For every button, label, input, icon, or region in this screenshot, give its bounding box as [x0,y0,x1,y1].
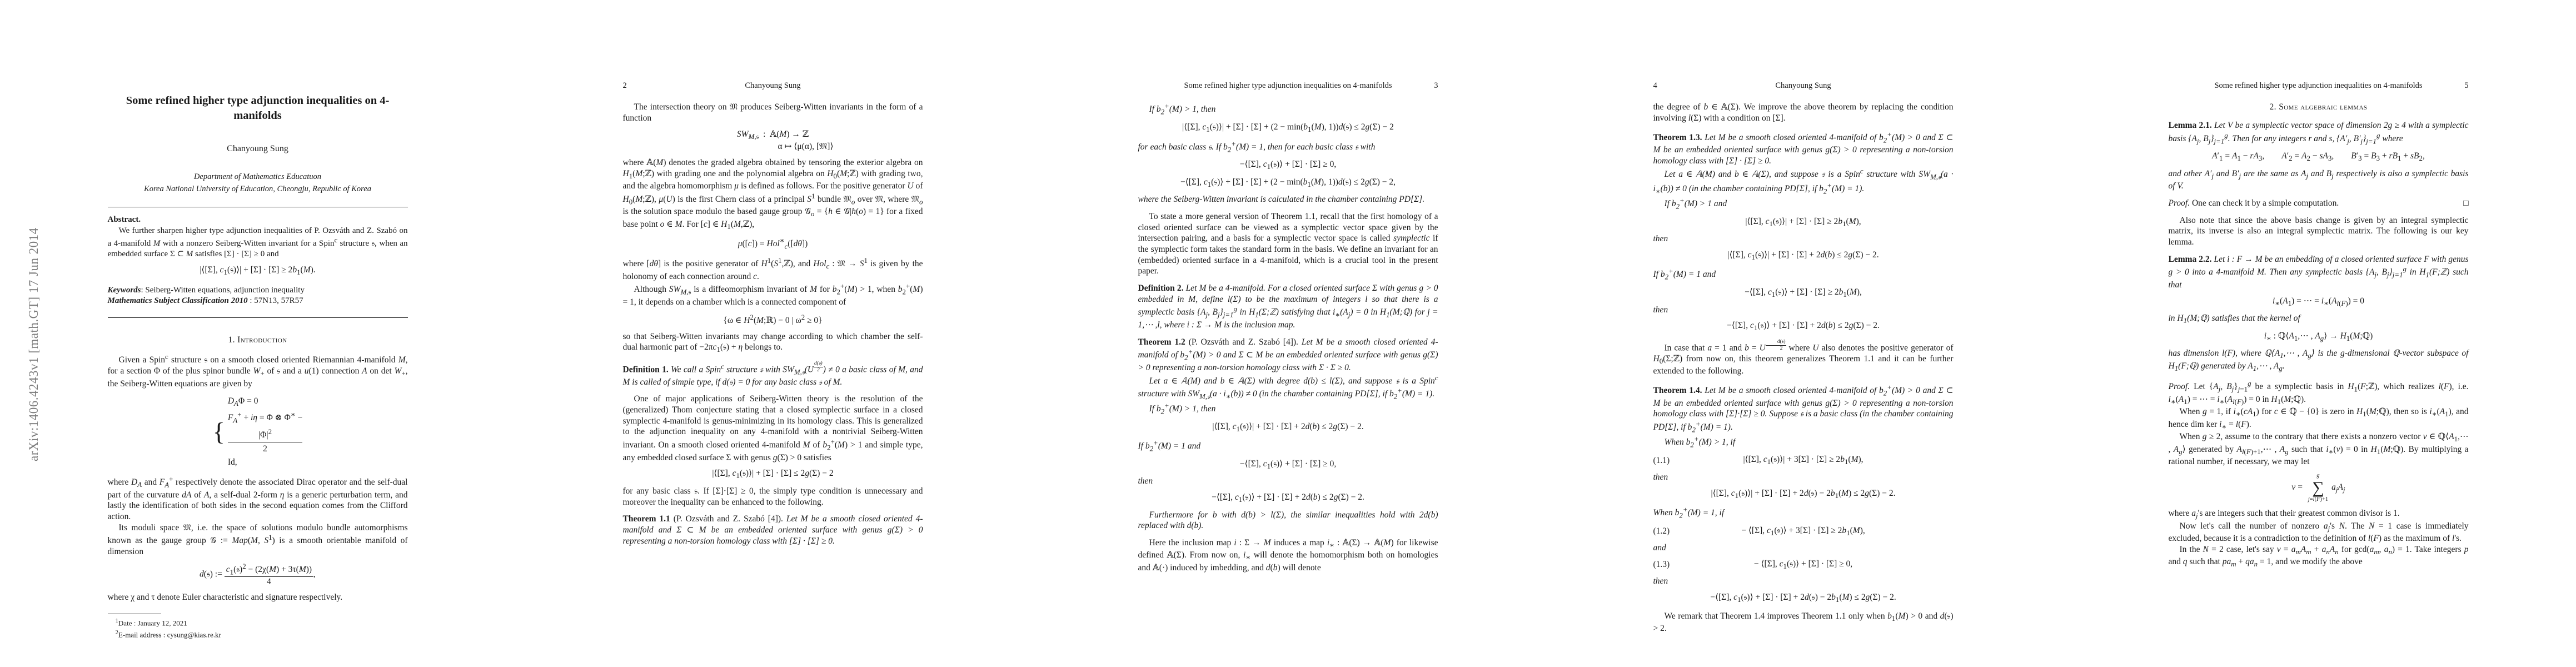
running-title: Some refined higher type adjunction ineq… [1184,81,1392,90]
page-4-column: 4 Chanyoung Sung the degree of b ∈ 𝔸(Σ).… [1653,81,1954,634]
affiliation: Department of Mathematics Educatuon Kore… [108,171,408,196]
paragraph-dirac: where DA and FA+ respectively denote the… [108,475,408,522]
theorem-1-1-continued: for each basic class 𝔰. If b2+(M) = 1, t… [1138,140,1438,155]
page-1: arXiv:1406.4243v1 [math.GT] 17 Jun 2014 … [0,0,515,667]
footnote-rule [108,614,161,614]
abstract-bottom-rule [108,317,408,318]
paragraph: where [dθ] is the positive generator of … [623,256,923,282]
sum-lhs: v = [2291,482,2304,492]
paper-title: Some refined higher type adjunction ineq… [108,0,408,123]
paragraph: Here the inclusion map i : Σ → M induces… [1138,537,1438,574]
paragraph: the degree of b ∈ 𝔸(Σ). We improve the a… [1653,102,1954,123]
paragraph: In case that a = 1 and b = Ud(𝔰)2 where … [1653,339,1954,377]
theorem-1-2: Theorem 1.2 (P. Ozsváth and Z. Szabó [4]… [1138,337,1438,374]
theorem-1-4-case: When b2+(M) > 1, if [1653,435,1954,450]
footnote-email: 2E-mail address : cysung@kias.re.kr [108,629,408,640]
paragraph-euler: where χ and τ denote Euler characteristi… [108,592,408,603]
paragraph: Although SWM,𝔰 is a diffeomorphism invar… [623,282,923,307]
lemma-2-2: Lemma 2.2. Let i : F → M be an embedding… [2169,254,2469,291]
proof-paragraph: where aj's are integers such that their … [2169,508,2469,521]
author-name: Chanyoung Sung [108,143,408,155]
paragraph-moduli: Its moduli space 𝔐, i.e. the space of so… [108,522,408,558]
equation-dimension: d(𝔰) := c1(𝔰)2 − (2χ(M) + 3τ(M))4, [108,563,408,587]
sw-map-line-2: α ↦ ⟨μ(α), [𝔐]⟩ [623,141,923,152]
keywords-line: Keywords: Seiberg-Witten equations, adju… [108,285,408,296]
equation: −⟨[Σ], c1(𝔰)⟩ + [Σ] · [Σ] + 2d(𝔰) − 2b1(… [1653,592,1954,605]
page-5-column: Some refined higher type adjunction ineq… [2169,81,2469,569]
abstract-top-rule [108,207,408,207]
section-heading-introduction: 1. Introduction [108,335,408,346]
theorem-1-1: Theorem 1.1 (P. Ozsváth and Z. Szabó [4]… [623,514,923,546]
page-number: 3 [1434,81,1438,91]
lemma-2-2-continued: has dimension l(F), where ℚ⟨A1,⋯ , Ag⟩ i… [2169,348,2469,373]
theorem-1-1-continued: If b2+(M) > 1, then [1138,102,1438,117]
equation: |⟨[Σ], c1(𝔰)⟩| + [Σ] · [Σ] + 2d(𝔰) − 2b1… [1653,488,1954,501]
page-number: 5 [2464,81,2468,91]
equation-sum: v = g∑j=l(F)+1ajAj [2169,472,2469,503]
then-word: then [1653,233,1954,245]
equation: |⟨[Σ], c1(𝔰)⟩| + [Σ] · [Σ] + 2d(b) ≤ 2g(… [1138,421,1438,434]
theorem-1-3-case: If b2+(M) > 1 and [1653,196,1954,211]
running-header: Some refined higher type adjunction ineq… [1138,81,1438,91]
document-canvas: arXiv:1406.4243v1 [math.GT] 17 Jun 2014 … [0,0,2576,667]
lemma-2-1-continued: and other A′j and B′j are the same as Aj… [2169,168,2469,192]
equation: −⟨[Σ], c1(𝔰)⟩ + [Σ] · [Σ] + (2 − min(b1(… [1138,177,1438,190]
paragraph: The intersection theory on 𝔐 produces Se… [623,102,923,123]
paragraph: Also note that since the above basis cha… [2169,215,2469,248]
running-header: 2 Chanyoung Sung [623,81,923,91]
running-title: Some refined higher type adjunction ineq… [2214,81,2422,90]
equation-basis-change: A′1 = A1 − rA3, A′2 = A2 − sA3, B′3 = B3… [2169,151,2469,163]
definition-2: Definition 2. Let M be a 4-manifold. For… [1138,283,1438,331]
abstract-heading: Abstract. [108,215,408,225]
running-title: Chanyoung Sung [745,81,800,90]
sum-rhs: ajAj [2331,482,2345,492]
equation: −⟨[Σ], c1(𝔰)⟩ + [Σ] · [Σ] ≥ 0, [1138,459,1438,471]
equation-seiberg-witten: { DAΦ = 0 FA+ + iη = Φ ⊗ Φ∗ − |Φ|22Id, [108,395,408,469]
proof-lemma-2-2: Proof. Let {Aj, Bj}j=1g be a symplectic … [2169,379,2469,406]
footnote-date: 1Date : January 12, 2021 [108,617,408,629]
equation-1-2: (1.2) − ⟨[Σ], c1(𝔰)⟩ + 3[Σ] · [Σ] ≥ 2b1(… [1653,525,1954,538]
equation: −⟨[Σ], c1(𝔰)⟩ + [Σ] · [Σ] + 2d(b) ≤ 2g(Σ… [1138,492,1438,505]
msc-line: Mathematics Subject Classification 2010 … [108,296,408,306]
page-3-column: Some refined higher type adjunction ineq… [1138,81,1438,574]
page-2: 2 Chanyoung Sung The intersection theory… [515,0,1030,667]
page-2-column: 2 Chanyoung Sung The intersection theory… [623,81,923,546]
paragraph: where 𝔸(M) denotes the graded algebra ob… [623,157,923,232]
proof-paragraph: In the N = 2 case, let's say v = amAm + … [2169,544,2469,569]
theorem-1-3: Theorem 1.3. Let M be a smooth closed or… [1653,130,1954,167]
running-header: 4 Chanyoung Sung [1653,81,1954,91]
equation-sw-map: SWM,𝔰 : 𝔸(M) → ℤ α ↦ ⟨μ(α), [𝔐]⟩ [623,129,923,152]
intro-paragraph: Given a Spinc structure 𝔰 on a smooth cl… [108,352,408,389]
equation-adjunction: |⟨[Σ], c1(𝔰)⟩| + [Σ] · [Σ] ≤ 2g(Σ) − 2 [623,468,923,481]
paragraph: To state a more general version of Theor… [1138,211,1438,277]
equation-kernel-zero: i∗(A1) = ⋯ = i∗(Al(F)) = 0 [2169,296,2469,308]
equation: −⟨[Σ], c1(𝔰)⟩ + [Σ] · [Σ] ≥ 0, [1138,159,1438,172]
equation-1-3: (1.3) − ⟨[Σ], c1(𝔰)⟩ + [Σ] · [Σ] ≥ 0, [1653,559,1954,571]
equation: |⟨[Σ], c1(𝔰)⟩| + [Σ] · [Σ] + (2 − min(b1… [1138,122,1438,135]
page-3: Some refined higher type adjunction ineq… [1030,0,1546,667]
affiliation-department: Department of Mathematics Educatuon [108,171,408,183]
paragraph: We remark that Theorem 1.4 improves Theo… [1653,611,1954,634]
theorem-1-2-hypothesis: Let a ∈ 𝔸(M) and b ∈ 𝔸(Σ) with degree d(… [1138,374,1438,401]
equation-1-1: (1.1) |⟨[Σ], c1(𝔰)⟩| + 3[Σ] · [Σ] ≥ 2b1(… [1653,454,1954,467]
theorem-1-3-case: If b2+(M) = 1 and [1653,267,1954,282]
equation-body: − ⟨[Σ], c1(𝔰)⟩ + [Σ] · [Σ] ≥ 0, [1754,559,1852,569]
equation-body: |⟨[Σ], c1(𝔰)⟩| + 3[Σ] · [Σ] ≥ 2b1(M), [1743,455,1863,464]
lemma-2-1: Lemma 2.1. Let V be a symplectic vector … [2169,120,2469,146]
theorem-1-1-continued: where the Seiberg-Witten invariant is ca… [1138,194,1438,205]
running-header: Some refined higher type adjunction ineq… [2169,81,2469,91]
sigma-symbol: ∑ [2308,480,2328,496]
proof-paragraph: When g ≥ 2, assume to the contrary that … [2169,431,2469,467]
page-5: Some refined higher type adjunction ineq… [2061,0,2576,667]
page-4: 4 Chanyoung Sung the degree of b ∈ 𝔸(Σ).… [1546,0,2061,667]
running-title: Chanyoung Sung [1775,81,1831,90]
equation: −⟨[Σ], c1(𝔰)⟩ + [Σ] · [Σ] + 2d(b) ≤ 2g(Σ… [1653,320,1954,333]
theorem-1-4-case: When b2+(M) = 1, if [1653,505,1954,520]
then-word: then [1653,576,1954,587]
lemma-2-2-continued: in H1(M;ℚ) satisfies that the kernel of [2169,313,2469,326]
then-word: then [1653,472,1954,483]
equation: −⟨[Σ], c1(𝔰)⟩ + [Σ] · [Σ] ≥ 2b1(M), [1653,287,1954,300]
theorem-1-2-furthermore: Furthermore for b with d(b) > l(Σ), the … [1138,510,1438,531]
page-number: 2 [623,81,627,91]
affiliation-university: Korea National University of Education, … [108,183,408,196]
section-heading-lemmas: 2. Some algebraic lemmas [2169,102,2469,113]
equation-body: − ⟨[Σ], c1(𝔰)⟩ + 3[Σ] · [Σ] ≥ 2b1(M), [1741,526,1865,535]
proof-paragraph: When g = 1, if i∗(cA1) for c ∈ ℚ − {0} i… [2169,406,2469,431]
proof-lemma-2-1: Proof. One can check it by a simple comp… [2169,198,2469,209]
equation: |⟨[Σ], c1(𝔰)⟩| + [Σ] · [Σ] ≥ 2b1(M), [1653,216,1954,229]
equation-chamber: {ω ∈ H2(M;ℝ) − 0 | ω2 ≥ 0} [623,313,923,326]
equation-kernel-map: i∗ : ℚ⟨A1,⋯ , Ag⟩ → H1(M;ℚ) [2169,331,2469,344]
then-word: then [1653,305,1954,316]
theorem-1-2-then: then [1138,476,1438,487]
sigma-sum: g∑j=l(F)+1 [2308,472,2328,503]
theorem-1-4: Theorem 1.4. Let M be a smooth closed or… [1653,383,1954,435]
abstract-text: We further sharpen higher type adjunctio… [108,226,408,260]
proof-paragraph: Now let's call the number of nonzero aj'… [2169,521,2469,544]
equation-number: (1.3) [1653,559,1670,570]
abstract-equation: |⟨[Σ], c1(𝔰)⟩| + [Σ] · [Σ] ≥ 2b1(M). [108,265,408,277]
definition-1: Definition 1. We call a Spinc structure … [623,361,923,388]
sw-equation-line-2: FA+ + iη = Φ ⊗ Φ∗ − |Φ|22Id, [228,409,302,469]
sw-map-line-1: SWM,𝔰 : 𝔸(M) → ℤ [623,129,923,142]
equation: |⟨[Σ], c1(𝔰)⟩| + [Σ] · [Σ] + 2d(b) ≤ 2g(… [1653,250,1954,262]
paragraph: so that Seiberg-Witten invariants may ch… [623,331,923,355]
equation-holonomy: μ([c]) = Hol∗c([dθ]) [623,236,923,251]
theorem-1-2-case: If b2+(M) > 1, then [1138,401,1438,416]
equation-number: (1.1) [1653,455,1670,466]
page-1-column: Some refined higher type adjunction ineq… [108,0,408,640]
sum-lower-limit: j=l(F)+1 [2308,496,2328,504]
and-word: and [1653,542,1954,554]
sw-equation-line-1: DAΦ = 0 [228,395,302,409]
paragraph: for any basic class 𝔰. If [Σ]·[Σ] ≥ 0, t… [623,486,923,507]
equation-seiberg-witten-lines: DAΦ = 0 FA+ + iη = Φ ⊗ Φ∗ − |Φ|22Id, [228,395,302,469]
arxiv-watermark: arXiv:1406.4243v1 [math.GT] 17 Jun 2014 [27,227,41,461]
equation-number: (1.2) [1653,526,1670,537]
left-brace: { [213,420,225,443]
paragraph: One of major applications of Seiberg-Wit… [623,394,923,463]
theorem-1-2-case: If b2+(M) = 1 and [1138,439,1438,454]
theorem-1-3-hypothesis: Let a ∈ 𝔸(M) and b ∈ 𝔸(Σ), and suppose 𝔰… [1653,167,1954,196]
page-number: 4 [1653,81,1657,91]
